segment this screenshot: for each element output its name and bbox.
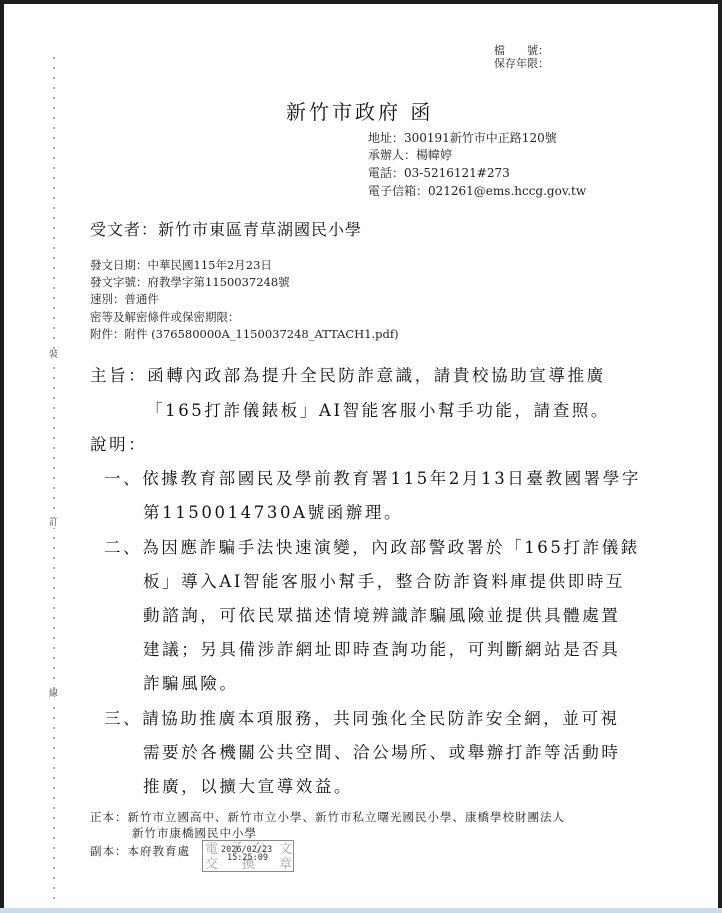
explanation-item-1-line-2: 第1150014730A號函辦理。 xyxy=(143,499,403,523)
explanation-item-2-line-3: 動諮詢，可依民眾描述情境辨識詐騙風險並提供具體處置 xyxy=(143,602,621,626)
original-recipients-line-2: 新竹市康橋國民中小學 xyxy=(132,826,257,841)
window-frame-bottom xyxy=(0,908,722,913)
subject-line-2: 「165打詐儀錶板」AI智能客服小幫手功能，請查照。 xyxy=(146,397,610,421)
binding-line xyxy=(53,57,55,907)
contact-address: 地址：300191新竹市中正路120號 xyxy=(368,130,557,147)
copy-recipients: 副本：本府教育處 xyxy=(90,844,190,859)
window-frame-right xyxy=(718,0,722,908)
stamp-time: 15:25:09 xyxy=(227,854,268,863)
stamp-char: 電 xyxy=(205,843,218,856)
contact-handler: 承辦人：楊幃婷 xyxy=(368,147,452,164)
subject-line-1: 主旨：函轉內政部為提升全民防詐意識，請貴校協助宣導推廣 xyxy=(90,362,606,386)
binding-mark-zhuang: 裝 xyxy=(49,350,58,360)
binding-mark-ding: 訂 xyxy=(49,518,58,528)
retention-period-label: 保存年限： xyxy=(494,57,549,70)
recipient: 受文者：新竹市東區青草湖國民小學 xyxy=(90,217,362,240)
document-page xyxy=(4,4,718,908)
explanation-item-3-line-3: 推廣，以擴大宣導效益。 xyxy=(143,773,353,797)
explanation-item-2-line-4: 建議；另具備涉詐網址即時查詢功能，可判斷網站是否具 xyxy=(143,636,621,660)
stamp-char: 文 xyxy=(279,843,292,856)
contact-email: 電子信箱：021261@ems.hccg.gov.tw xyxy=(368,183,586,200)
binding-mark-xian: 線 xyxy=(49,689,58,699)
explanation-item-2-line-1: 二、為因應詐騙手法快速演變，內政部警政署於「165打詐儀錶 xyxy=(104,534,640,558)
explanation-item-1-line-1: 一、依據教育部國民及學前教育署115年2月13日臺教國署學字 xyxy=(104,465,641,489)
stamp-char: 交 xyxy=(205,858,218,871)
file-number-label: 檔 號： xyxy=(494,44,549,57)
delivery-speed: 速別：普通件 xyxy=(90,292,159,308)
stamp-char: 章 xyxy=(279,858,292,871)
issue-date: 發文日期：中華民國115年2月23日 xyxy=(90,258,272,274)
explanation-item-3-line-1: 三、請協助推廣本項服務，共同強化全民防詐安全網，並可視 xyxy=(104,705,620,729)
secrecy-level: 密等及解密條件或保密期限： xyxy=(90,310,240,326)
document-number: 發文字號：府教學字第1150037248號 xyxy=(90,275,290,291)
attachment-link[interactable]: 附件：附件 (376580000A_1150037248_ATTACH1.pdf… xyxy=(90,327,399,343)
document-title: 新竹市政府 函 xyxy=(286,96,433,125)
explanation-heading: 說明： xyxy=(90,431,147,455)
explanation-item-2-line-2: 板」導入AI智能客服小幫手，整合防詐資料庫提供即時互 xyxy=(143,568,625,592)
explanation-item-2-line-5: 詐騙風險。 xyxy=(143,670,239,694)
explanation-item-3-line-2: 需要於各機關公共空間、洽公場所、或舉辦打詐等活動時 xyxy=(143,739,621,763)
contact-phone: 電話：03-5216121#273 xyxy=(368,165,510,182)
electronic-exchange-stamp: 電 子 公 文 交 換 章 2026/02/23 15:25:09 xyxy=(202,840,294,872)
original-recipients-line-1: 正本：新竹市立國高中、新竹市立小學、新竹市私立曙光國民小學、康橋學校財團法人 xyxy=(90,810,565,825)
